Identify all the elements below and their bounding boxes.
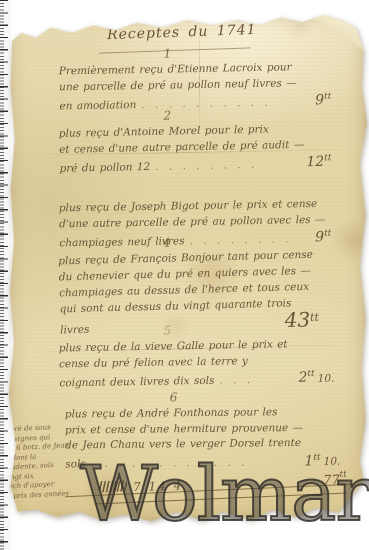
entry-number: 6 (170, 389, 340, 407)
receipt-entry: 5 plus reçu de la vieve Galle pour le pr… (58, 321, 334, 392)
margin-annotation: le pré de sous les vignes qui fait 6 bot… (1, 422, 71, 501)
manuscript-paper: Receptes du 1741 1 Premièrement reçu d'E… (7, 10, 367, 522)
entry-amount: 12tt (306, 152, 334, 172)
entry-number: 5 (163, 321, 333, 340)
entry-tail-text: coignant deux livres dix sols (59, 373, 214, 391)
receipt-entry: 1 Premièrement reçu d'Etienne Lacroix po… (58, 44, 334, 115)
entry-number: 1 (163, 44, 333, 63)
dot-leaders: . . . . . . . . (155, 156, 302, 175)
document-title: Receptes du 1741 (107, 21, 287, 43)
entry-number (163, 181, 333, 200)
receipt-entry: 2 plus reçu d'Antoine Morel pour le prix… (58, 105, 334, 177)
dot-leaders: . . . (219, 372, 293, 389)
scanned-manuscript-photo: Receptes du 1741 1 Premièrement reçu d'E… (0, 0, 369, 550)
wolmar-watermark: Wolmar (80, 456, 369, 532)
paper-sheet: Receptes du 1741 1 Premièrement reçu d'E… (7, 10, 367, 522)
entry-amount: 2tt10. (298, 368, 334, 388)
entry-tail-text: pré du pollon 12 (59, 159, 150, 176)
